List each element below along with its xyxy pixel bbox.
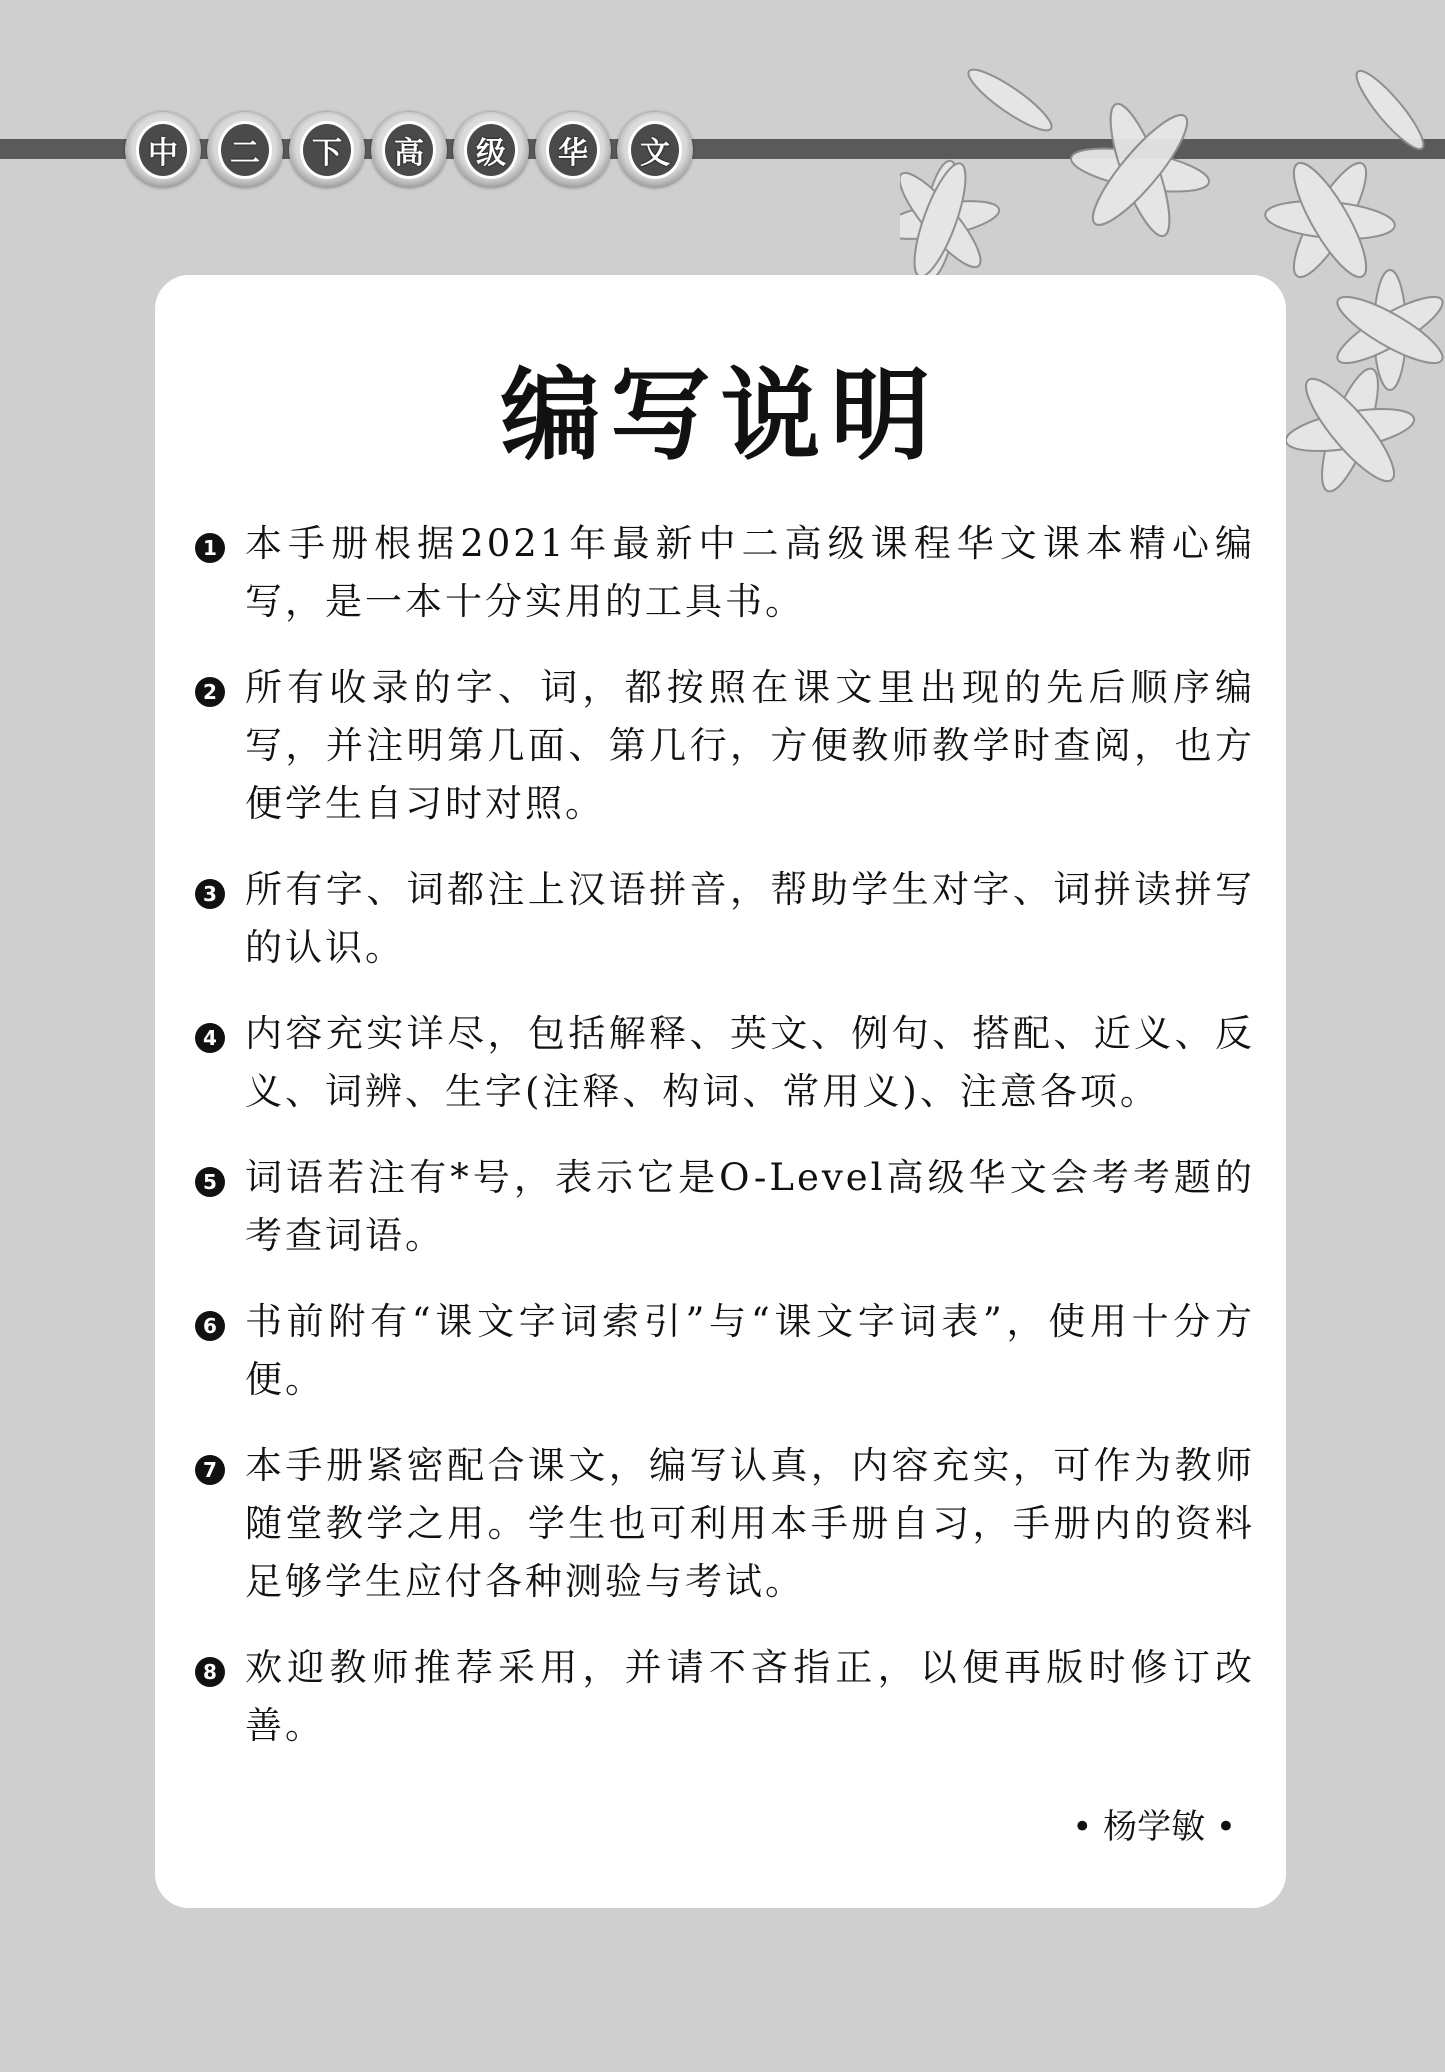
content-card: 编写说明 1 本手册根据2021年最新中二高级课程华文课本精心编写，是一本十分实… [155,275,1286,1908]
author-signature: • 杨学敏 • [1072,1799,1236,1848]
item-number-badge: 7 [195,1455,225,1485]
title-badge: 二 [207,112,283,188]
list-item: 7 本手册紧密配合课文，编写认真，内容充实，可作为教师随堂教学之用。学生也可利用… [195,1437,1255,1611]
item-text: 本手册根据2021年最新中二高级课程华文课本精心编写，是一本十分实用的工具书。 [245,515,1255,631]
item-list: 1 本手册根据2021年最新中二高级课程华文课本精心编写，是一本十分实用的工具书… [195,515,1255,1783]
list-item: 5 词语若注有*号，表示它是O-Level高级华文会考考题的考查词语。 [195,1149,1255,1265]
list-item: 8 欢迎教师推荐采用，并请不吝指正，以便再版时修订改善。 [195,1639,1255,1755]
item-text: 本手册紧密配合课文，编写认真，内容充实，可作为教师随堂教学之用。学生也可利用本手… [245,1437,1255,1611]
item-number-badge: 8 [195,1657,225,1687]
item-number-badge: 3 [195,879,225,909]
badge-char: 下 [303,124,351,176]
item-number-badge: 4 [195,1023,225,1053]
item-number-badge: 6 [195,1311,225,1341]
badge-char: 级 [467,124,515,176]
list-item: 4 内容充实详尽，包括解释、英文、例句、搭配、近义、反义、词辨、生字(注释、构词… [195,1005,1255,1121]
title-badge: 高 [371,112,447,188]
page-title: 编写说明 [155,335,1286,479]
item-number-badge: 1 [195,533,225,563]
badge-char: 高 [385,124,433,176]
badge-char: 二 [221,124,269,176]
item-text: 词语若注有*号，表示它是O-Level高级华文会考考题的考查词语。 [245,1149,1255,1265]
item-text: 欢迎教师推荐采用，并请不吝指正，以便再版时修订改善。 [245,1639,1255,1755]
series-title-badges: 中 二 下 高 级 华 文 [125,112,693,188]
item-number-badge: 2 [195,677,225,707]
badge-char: 华 [549,124,597,176]
title-badge: 级 [453,112,529,188]
title-badge: 文 [617,112,693,188]
badge-char: 文 [631,124,679,176]
item-text: 所有收录的字、词，都按照在课文里出现的先后顺序编写，并注明第几面、第几行，方便教… [245,659,1255,833]
item-text: 内容充实详尽，包括解释、英文、例句、搭配、近义、反义、词辨、生字(注释、构词、常… [245,1005,1255,1121]
item-text: 所有字、词都注上汉语拼音，帮助学生对字、词拼读拼写的认识。 [245,861,1255,977]
title-badge: 华 [535,112,611,188]
list-item: 2 所有收录的字、词，都按照在课文里出现的先后顺序编写，并注明第几面、第几行，方… [195,659,1255,833]
item-text: 书前附有“课文字词索引”与“课文字词表”，使用十分方便。 [245,1293,1255,1409]
badge-char: 中 [139,124,187,176]
list-item: 1 本手册根据2021年最新中二高级课程华文课本精心编写，是一本十分实用的工具书… [195,515,1255,631]
list-item: 6 书前附有“课文字词索引”与“课文字词表”，使用十分方便。 [195,1293,1255,1409]
list-item: 3 所有字、词都注上汉语拼音，帮助学生对字、词拼读拼写的认识。 [195,861,1255,977]
title-badge: 中 [125,112,201,188]
title-badge: 下 [289,112,365,188]
item-number-badge: 5 [195,1167,225,1197]
